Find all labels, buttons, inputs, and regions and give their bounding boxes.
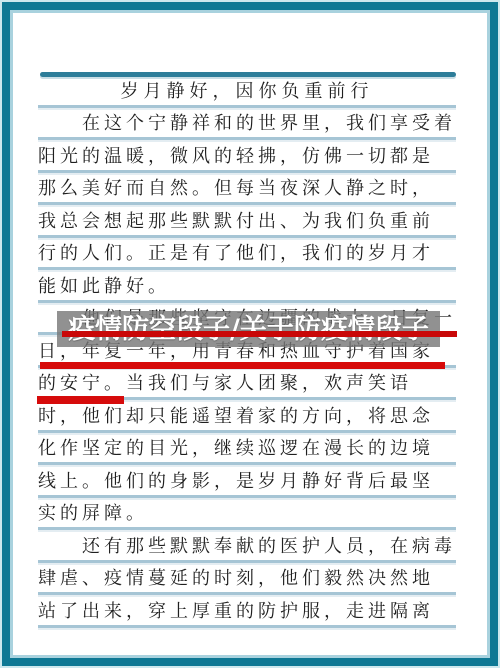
- red-underline-full: [40, 362, 445, 369]
- text-line: 行的人们。正是有了他们，我们的岁月才: [38, 238, 456, 271]
- text-line-content: 时，他们却只能遥望着家的方向，将思念: [38, 408, 434, 430]
- text-line-content: 实的屏障。: [38, 505, 148, 527]
- text-line-content: 我总会想起那些默默付出、为我们负重前: [38, 213, 434, 235]
- red-underline-partial: [37, 396, 124, 404]
- text-line: 肆虐、疫情蔓延的时刻，他们毅然决然地: [38, 563, 456, 596]
- text-line: 时，他们却只能遥望着家的方向，将思念: [38, 400, 456, 433]
- overlay-headline: 疫情防空段子/关于防疫情段子: [68, 316, 429, 343]
- text-line-content: 阳光的温暖，微风的轻拂，仿佛一切都是: [38, 148, 434, 170]
- text-line: 线上。他们的身影，是岁月静好背后最坚: [38, 465, 456, 498]
- red-strike-line: [62, 331, 457, 337]
- text-line-content: 行的人们。正是有了他们，我们的岁月才: [38, 245, 434, 267]
- text-line-content: 在这个宁静祥和的世界里，我们享受着: [38, 115, 456, 137]
- text-line-content: 的安宁。当我们与家人团聚，欢声笑语: [38, 375, 412, 397]
- ruled-lines: 岁月静好，因你负重前行 在这个宁静祥和的世界里，我们享受着 阳光的温暖，微风的轻…: [38, 75, 456, 628]
- letter-paper-image: 岁月静好，因你负重前行 在这个宁静祥和的世界里，我们享受着 阳光的温暖，微风的轻…: [0, 0, 500, 668]
- text-line-content: 那么美好而自然。但每当夜深人静之时，: [38, 180, 434, 202]
- text-line: 能如此静好。: [38, 270, 456, 303]
- text-line: 我总会想起那些默默付出、为我们负重前: [38, 205, 456, 238]
- text-line-content: 能如此静好。: [38, 278, 170, 300]
- text-line: 站了出来，穿上厚重的防护服，走进隔离: [38, 595, 456, 628]
- text-line-content: 站了出来，穿上厚重的防护服，走进隔离: [38, 603, 434, 625]
- letter-title-row: 岁月静好，因你负重前行: [38, 75, 456, 108]
- text-line-content: 肆虐、疫情蔓延的时刻，他们毅然决然地: [38, 570, 434, 592]
- text-line: 阳光的温暖，微风的轻拂，仿佛一切都是: [38, 140, 456, 173]
- text-line: 还有那些默默奉献的医护人员，在病毒: [38, 530, 456, 563]
- text-line: 那么美好而自然。但每当夜深人静之时，: [38, 173, 456, 206]
- letter-title: 岁月静好，因你负重前行: [121, 83, 374, 105]
- text-line: 实的屏障。: [38, 498, 456, 531]
- text-line: 在这个宁静祥和的世界里，我们享受着: [38, 108, 456, 141]
- text-line-content: 化作坚定的目光，继续巡逻在漫长的边境: [38, 440, 434, 462]
- text-line-content: 还有那些默默奉献的医护人员，在病毒: [38, 538, 456, 560]
- text-line: 化作坚定的目光，继续巡逻在漫长的边境: [38, 433, 456, 466]
- overlay-headline-band: 疫情防空段子/关于防疫情段子: [57, 311, 440, 347]
- text-line-content: 线上。他们的身影，是岁月静好背后最坚: [38, 473, 434, 495]
